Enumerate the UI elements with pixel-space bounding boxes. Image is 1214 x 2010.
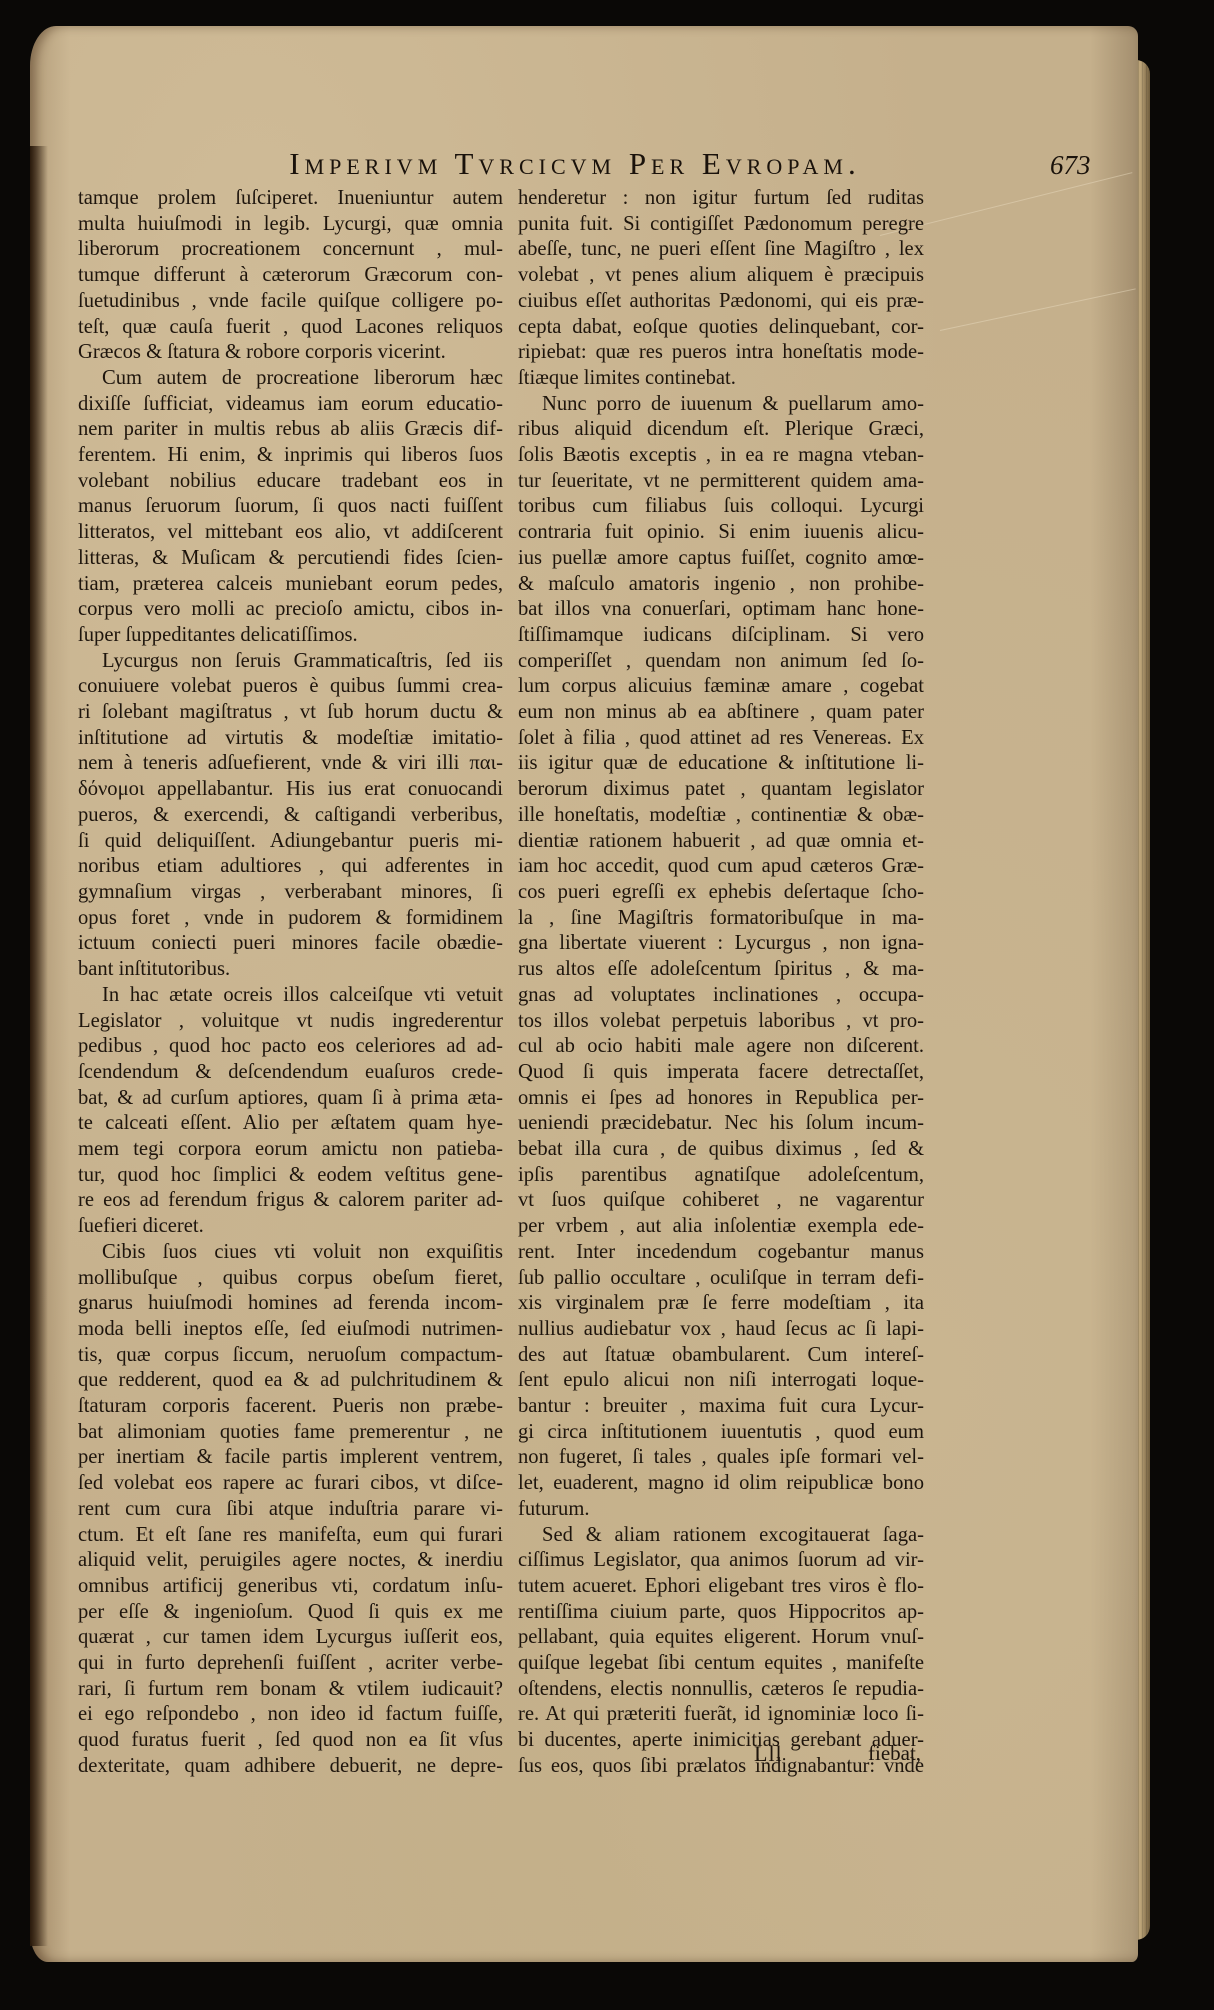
text-line: & maſculo amatoris ingenio , non prohibe… [518, 572, 924, 598]
text-line: Legislator , voluitque vt nudis ingreder… [78, 1009, 503, 1035]
text-line: Lycurgus non ſeruis Grammaticaſtris, ſed… [78, 649, 503, 675]
text-line: quiſque legebat ſibi centum equites , ma… [518, 1651, 924, 1677]
text-line: ueniendi præcidebatur. Nec his ſolum inc… [518, 1111, 924, 1137]
text-line: ſent epulo alicui non niſi interrogati l… [518, 1368, 924, 1394]
text-line: rari, ſi furtum rem bonam & vtilem iudic… [78, 1677, 503, 1703]
text-line: quod furatus fuerit , ſed quod non ea ſi… [78, 1728, 503, 1754]
text-line: ius puellæ amore captus fuiſſet, cognito… [518, 546, 924, 572]
text-line: ri ſolebant magiſtratus , vt ſub horum d… [78, 700, 503, 726]
text-line: pellabant, quia equites eligerent. Horum… [518, 1625, 924, 1651]
text-line: bebat illa cura , de quibus diximus , ſe… [518, 1137, 924, 1163]
text-line: ictuum coniecti pueri minores facile obæ… [78, 931, 503, 957]
text-line: tamque prolem ſuſciperet. Inueniuntur au… [78, 186, 503, 212]
text-line: rus altos eſſe adoleſcentum ſpiritus , &… [518, 957, 924, 983]
text-line: corpus vero molli ac precioſo amictu, ci… [78, 597, 503, 623]
text-line: cepta dabat, eoſque quoties delinquebant… [518, 315, 924, 341]
text-line: lum corpus alicuius fæminæ amare , cogeb… [518, 674, 924, 700]
text-line: noribus etiam adultiores , qui adferente… [78, 854, 503, 880]
text-line: te calceati eſſent. Alio per æſtatem qua… [78, 1111, 503, 1137]
text-line: ſolet à filia , quod attinet ad res Vene… [518, 726, 924, 752]
text-line: nem pariter in multis rebus ab aliis Græ… [78, 417, 503, 443]
text-line: ripiebat: quæ res pueros intra honeſtati… [518, 340, 924, 366]
text-line: ſuefieri diceret. [78, 1214, 503, 1240]
text-line: inſtitutione ad virtutis & modeſtiæ imit… [78, 726, 503, 752]
text-line: gi circa inſtitutionem iuuentutis , quod… [518, 1420, 924, 1446]
text-line: gnarus huiuſmodi homines ad ferenda inco… [78, 1291, 503, 1317]
catchword: fiebat, [868, 1741, 921, 1766]
gutter-shadow [30, 146, 48, 1946]
text-line: ſtiæque limites continebat. [518, 366, 924, 392]
text-line: nem à teneris adſuefierent, vnde & viri … [78, 751, 503, 777]
text-line: per inertiam & facile partis implerent v… [78, 1445, 503, 1471]
text-line: ciſſimus Legislator, qua animos ſuorum a… [518, 1548, 924, 1574]
signature-mark: Lll [754, 1741, 783, 1767]
text-line: non fugeret, ſi tales , quales ipſe form… [518, 1445, 924, 1471]
text-line: bi ducentes, aperte inimicitias gerebant… [518, 1728, 924, 1754]
text-line: teſt, quæ cauſa fuerit , quod Lacones re… [78, 315, 503, 341]
text-line: ſcendendum & deſcendendum euaſuros crede… [78, 1060, 503, 1086]
text-line: nullius audiebatur vox , haud ſecus ac ſ… [518, 1317, 924, 1343]
text-line: futurum. [518, 1497, 924, 1523]
text-line: quærat , cur tamen idem Lycurgus iuſſeri… [78, 1625, 503, 1651]
text-line: bat alimoniam quoties fame premerentur ,… [78, 1420, 503, 1446]
text-line: rent. Inter incedendum cogebantur manus [518, 1240, 924, 1266]
page-number: 673 [1050, 150, 1091, 181]
text-line: mollibuſque , quibus corpus obeſum fiere… [78, 1266, 503, 1292]
text-line: pedibus , quod hoc pacto eos celeriores … [78, 1034, 503, 1060]
text-line: ſuper ſuppeditantes delicatiſſimos. [78, 623, 503, 649]
text-line: liberorum procreationem concernunt , mul… [78, 237, 503, 263]
running-head: Imperivm Tvrcicvm Per Evropam. [195, 146, 955, 182]
text-line: per vrbem , aut alia inſolentiæ exempla … [518, 1214, 924, 1240]
text-line: gnas ad voluptates inclinationes , occup… [518, 983, 924, 1009]
text-line: bat, & ad curſum aptiores, quam ſi à pri… [78, 1086, 503, 1112]
text-line: Quod ſi quis imperata facere detrectaſſe… [518, 1060, 924, 1086]
text-line: aliquid velit, peruigiles agere noctes, … [78, 1548, 503, 1574]
text-line: cul ab ocio habiti male agere non diſcer… [518, 1034, 924, 1060]
text-line: re. At qui præteriti fuerãt, id ignomini… [518, 1702, 924, 1728]
text-line: des aut ſtatuæ obambularent. Cum intereſ… [518, 1343, 924, 1369]
text-line: Græcos & ſtatura & robore corporis vicer… [78, 340, 503, 366]
text-line: litteratos, vel mittebant eos alio, vt a… [78, 520, 503, 546]
text-line: tur, quod hoc ſimplici & eodem veſtitus … [78, 1163, 503, 1189]
text-line: pueros, & exercendi, & caſtigandi verber… [78, 803, 503, 829]
text-line: toribus cum filiabus ſuis colloqui. Lycu… [518, 494, 924, 520]
text-line: re eos ad ferendum frigus & calorem pari… [78, 1188, 503, 1214]
text-line: ille honeſtatis, modeſtiæ , continentiæ … [518, 803, 924, 829]
text-line: tutem acueret. Ephori eligebant tres vir… [518, 1574, 924, 1600]
text-line: opus foret , vnde in pudorem & formidine… [78, 906, 503, 932]
text-line: ſi quid deliquiſſent. Adiungebantur puer… [78, 829, 503, 855]
text-line: dexteritate, quam adhibere debuerit, ne … [78, 1754, 503, 1780]
left-column: tamque prolem ſuſciperet. Inueniuntur au… [78, 186, 503, 1780]
text-line: δόνομοι appellabantur. His ius erat conu… [78, 777, 503, 803]
text-line: punita fuit. Si contigiſſet Pædonomum pe… [518, 212, 924, 238]
text-line: oſtendens, electis nonnullis, cæteros ſe… [518, 1677, 924, 1703]
text-line: omnis ei ſpes ad honores in Republica pe… [518, 1086, 924, 1112]
text-line: ſub pallio occultare , oculiſque in terr… [518, 1266, 924, 1292]
text-line: dixiſſe ſufficiat, videamus iam eorum ed… [78, 392, 503, 418]
text-line: multa huiuſmodi in legib. Lycurgi, quæ o… [78, 212, 503, 238]
text-line: Cibis ſuos ciues vti voluit non exquiſit… [78, 1240, 503, 1266]
text-line: omnibus artificij generibus vti, cordatu… [78, 1574, 503, 1600]
text-line: ei ego reſpondebo , non ideo id factum f… [78, 1702, 503, 1728]
text-line: iis igitur quæ de educatione & inſtituti… [518, 751, 924, 777]
text-line: la , ſine Magiſtris formatoribuſque in m… [518, 906, 924, 932]
text-line: ſolis Bæotis exceptis , in ea re magna v… [518, 443, 924, 469]
text-line: ribus aliquid dicendum eſt. Plerique Græ… [518, 417, 924, 443]
text-line: tur ſeueritate, vt ne permitterent quide… [518, 469, 924, 495]
text-line: bant inſtitutoribus. [78, 957, 503, 983]
text-line: vt ſuos quiſque cohiberet , ne vagarentu… [518, 1188, 924, 1214]
text-line: tumque differunt à cæterorum Græcorum co… [78, 263, 503, 289]
text-line: tis, quæ corpus ſiccum, neruoſum compact… [78, 1343, 503, 1369]
text-line: ſuetudinibus , vnde facile quiſque colli… [78, 289, 503, 315]
text-line: dientiæ rationem habuerit , ad quæ omnia… [518, 829, 924, 855]
text-line: gymnaſium virgas , verberabant minores, … [78, 880, 503, 906]
text-line: per eſſe & ingenioſum. Quod ſi quis ex m… [78, 1600, 503, 1626]
text-line: moda belli ineptos eſſe, ſed eiuſmodi nu… [78, 1317, 503, 1343]
text-line: mem tegi corpora eorum amictu non patieb… [78, 1137, 503, 1163]
text-line: eum non minus ab ea abſtinere , quam pat… [518, 700, 924, 726]
text-line: ſtaturam corporis facerent. Pueris non p… [78, 1394, 503, 1420]
text-line: bat illos vna conuerſari, optimam hanc h… [518, 597, 924, 623]
text-line: manus ſeruorum ſuorum, ſi quos nacti fui… [78, 494, 503, 520]
text-line: Cum autem de procreatione liberorum hæc [78, 366, 503, 392]
text-line: ipſis parentibus agnatiſque adoleſcentum… [518, 1163, 924, 1189]
text-line: volebant nobilius educare tradebant eos … [78, 469, 503, 495]
text-line: ſtiſſimamque iudicans diſciplinam. Si ve… [518, 623, 924, 649]
text-line: contraria fuit opinio. Si enim iuuenis a… [518, 520, 924, 546]
text-line: iam hoc accedit, quod cum apud cæteros G… [518, 854, 924, 880]
text-line: que redderent, quod ea & ad pulchritudin… [78, 1368, 503, 1394]
text-line: tiam, præterea calceis muniebant eorum p… [78, 572, 503, 598]
text-line: ſed volebat eos rapere ac furari cibos, … [78, 1471, 503, 1497]
text-line: gna libertate viuerent : Lycurgus , non … [518, 931, 924, 957]
text-line: cos pueri egreſſi ex ephebis deſertaque … [518, 880, 924, 906]
text-line: bantur : breuiter , maxima fuit cura Lyc… [518, 1394, 924, 1420]
text-line: volebat , vt penes alium aliquem è præci… [518, 263, 924, 289]
text-line: let, euaderent, magno id olim reipublicæ… [518, 1471, 924, 1497]
text-line: rent cum cura ſibi atque induſtria parar… [78, 1497, 503, 1523]
text-line: litteras, & Muſicam & percutiendi fides … [78, 546, 503, 572]
text-line: Nunc porro de iuuenum & puellarum amo- [518, 392, 924, 418]
text-line: ciuibus eſſet authoritas Pædonomi, qui e… [518, 289, 924, 315]
text-line: comperiſſet , quendam non animum ſed ſo- [518, 649, 924, 675]
text-line: ctum. Et eſt ſane res manifeſta, eum qui… [78, 1523, 503, 1549]
text-line: berorum diximus patet , quantam legislat… [518, 777, 924, 803]
text-line: ſus eos, quos ſibi prælatos indignabantu… [518, 1754, 924, 1780]
text-line: ferentem. Hi enim, & inprimis qui libero… [78, 443, 503, 469]
text-line: In hac ætate ocreis illos calceiſque vti… [78, 983, 503, 1009]
text-line: qui in furto deprehenſi fuiſſent , acrit… [78, 1651, 503, 1677]
text-line: rentiſſima ciuium parte, quos Hippocrito… [518, 1600, 924, 1626]
right-column: henderetur : non igitur furtum ſed rudit… [518, 186, 924, 1780]
text-line: abeſſe, tunc, ne pueri eſſent ſine Magiſ… [518, 237, 924, 263]
text-line: xis virginalem præ ſe ferre modeſtiam , … [518, 1291, 924, 1317]
text-line: conuiuere volebat pueros è quibus ſummi … [78, 674, 503, 700]
text-line: tos illos volebat perpetuis laboribus , … [518, 1009, 924, 1035]
text-line: Sed & aliam rationem excogitauerat ſaga- [518, 1523, 924, 1549]
text-line: henderetur : non igitur furtum ſed rudit… [518, 186, 924, 212]
